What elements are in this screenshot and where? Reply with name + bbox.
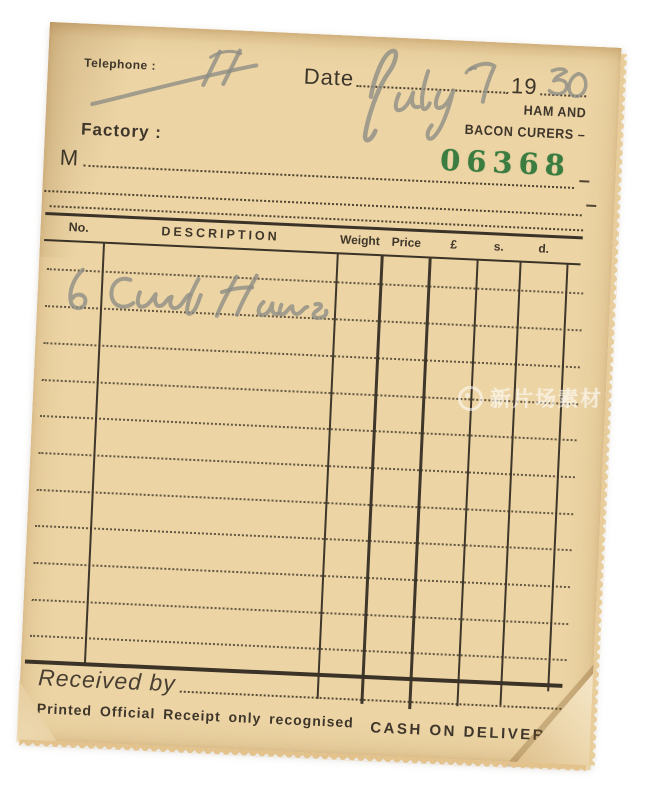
table-row xyxy=(32,599,569,625)
column-header-no: No. xyxy=(54,219,103,235)
received-by-label: Received by xyxy=(38,664,177,697)
column-header-shillings: s. xyxy=(477,239,521,255)
pencil-entry-handwriting xyxy=(58,263,360,337)
full-dotted-rule xyxy=(44,190,582,216)
company-name: HAM AND BACON CURERS – xyxy=(464,97,587,146)
column-header-pounds: £ xyxy=(430,236,478,252)
table-row xyxy=(38,452,575,478)
table-row xyxy=(33,562,570,588)
column-header-pence: d. xyxy=(520,241,568,257)
photo-canvas: Telephone : Date 19 xyxy=(0,0,651,800)
pencil-telephone-handwriting xyxy=(86,38,269,120)
table-row xyxy=(35,525,572,551)
column-divider-pounds-left xyxy=(408,257,432,709)
table-row xyxy=(42,379,579,405)
pencil-year-handwriting xyxy=(539,62,591,104)
column-header-weight: Weight xyxy=(337,232,383,248)
table-row xyxy=(43,342,580,368)
column-divider-price-left xyxy=(360,255,383,704)
received-by-dotted-leader xyxy=(179,691,565,711)
leader-end-dash xyxy=(579,180,589,182)
serial-number-stamp: 06368 xyxy=(439,143,562,182)
receipt-paper: Telephone : Date 19 xyxy=(17,22,621,765)
rule-end-dash xyxy=(586,205,596,207)
table-row xyxy=(37,489,574,515)
table-row xyxy=(40,415,577,441)
table-row xyxy=(30,635,567,661)
factory-label: Factory : xyxy=(81,120,163,144)
official-receipt-notice: Printed Official Receipt only recognised xyxy=(36,700,354,730)
year-printed: 19 xyxy=(510,73,538,100)
receipt-paper-rotor: Telephone : Date 19 xyxy=(17,22,621,765)
addressee-prefix: M xyxy=(59,145,78,172)
column-header-price: Price xyxy=(382,234,431,250)
